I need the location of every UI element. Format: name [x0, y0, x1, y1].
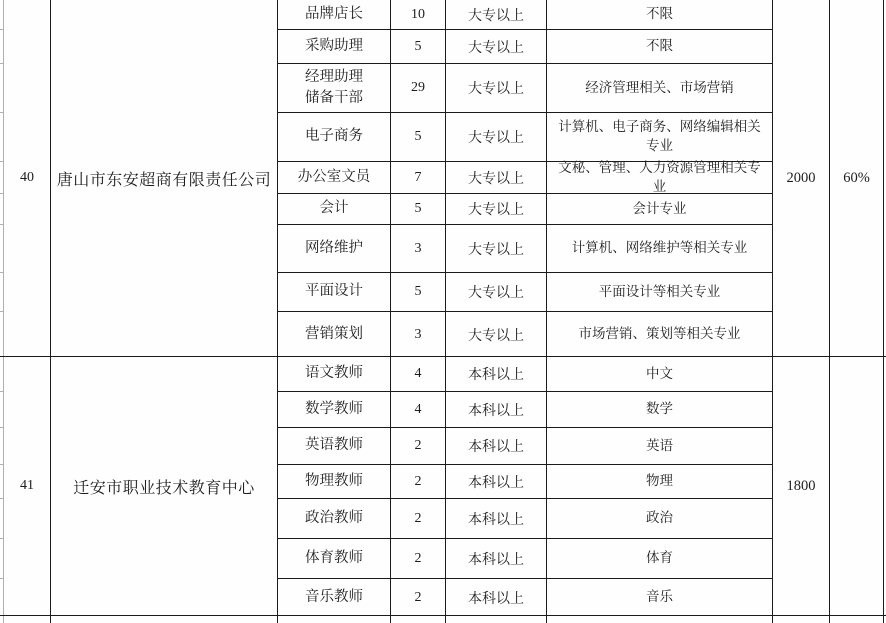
education-cell: 本科以上	[445, 357, 546, 391]
count-cell: 29	[390, 64, 445, 112]
table-row: 采购助理5大专以上不限	[277, 30, 772, 64]
salary-cell	[772, 616, 829, 623]
ratio-cell: 60%	[829, 0, 884, 356]
major-cell: 政治	[546, 499, 772, 538]
gridline-stub	[0, 427, 3, 428]
table-row: 平面设计5大专以上平面设计等相关专业	[277, 273, 772, 312]
major-cell: 文秘、管理、人力资源管理相关专业	[546, 162, 772, 193]
education-cell: 大专以上	[445, 30, 546, 63]
company-cell: 唐山市东安超商有限责任公司	[50, 0, 277, 356]
position-cell: 政治教师	[277, 499, 390, 538]
position-rows: 语文教师4本科以上中文数学教师4本科以上数学英语教师2本科以上英语物理教师2本科…	[277, 357, 772, 615]
table-row: 政治教师2本科以上政治	[277, 499, 772, 539]
count-cell	[390, 616, 445, 623]
table-row: 电子商务5大专以上计算机、电子商务、网络编辑相关专业	[277, 113, 772, 162]
gridline-stub	[0, 193, 3, 194]
education-cell: 大专以上	[445, 0, 546, 29]
gridline-sliver	[0, 0, 4, 356]
education-cell: 大专以上	[445, 194, 546, 224]
table-row: 品牌店长10大专以上不限	[277, 0, 772, 30]
gridline-stub	[0, 161, 3, 162]
major-cell	[546, 616, 772, 623]
major-cell: 会计专业	[546, 194, 772, 224]
row-number-cell: 41	[4, 357, 50, 615]
position-cell: 英语教师	[277, 428, 390, 464]
position-cell: 采购助理	[277, 30, 390, 63]
count-cell: 2	[390, 499, 445, 538]
table-row: 经理助理 储备干部29大专以上经济管理相关、市场营销	[277, 64, 772, 113]
education-cell: 本科以上	[445, 392, 546, 427]
table-row: 物理教师2本科以上物理	[277, 465, 772, 499]
table-row: 网络维护3大专以上计算机、网络维护等相关专业	[277, 225, 772, 273]
position-cell: 营销策划	[277, 312, 390, 357]
count-cell: 5	[390, 30, 445, 63]
position-cell: 平面设计	[277, 273, 390, 311]
table-section: 40唐山市东安超商有限责任公司品牌店长10大专以上不限采购助理5大专以上不限经理…	[0, 0, 886, 357]
ratio-cell	[829, 357, 884, 615]
table-section	[0, 616, 886, 623]
count-cell: 7	[390, 162, 445, 193]
gridline-stub	[0, 464, 3, 465]
gridline-stub	[0, 112, 3, 113]
salary-cell: 1800	[772, 357, 829, 615]
position-cell: 品牌店长	[277, 0, 390, 29]
count-cell: 5	[390, 194, 445, 224]
major-cell: 市场营销、策划等相关专业	[546, 312, 772, 357]
count-cell: 4	[390, 357, 445, 391]
position-cell: 电子商务	[277, 113, 390, 161]
table-row: 办公室文员7大专以上文秘、管理、人力资源管理相关专业	[277, 162, 772, 194]
count-cell: 2	[390, 539, 445, 578]
table-row: 数学教师4本科以上数学	[277, 392, 772, 428]
table-row: 英语教师2本科以上英语	[277, 428, 772, 465]
major-cell: 经济管理相关、市场营销	[546, 64, 772, 112]
table-row	[277, 616, 772, 623]
gridline-sliver	[0, 616, 4, 623]
row-number-cell	[4, 616, 50, 623]
position-cell: 会计	[277, 194, 390, 224]
position-cell: 物理教师	[277, 465, 390, 498]
major-cell: 音乐	[546, 579, 772, 616]
position-cell	[277, 616, 390, 623]
education-cell	[445, 616, 546, 623]
major-cell: 中文	[546, 357, 772, 391]
count-cell: 2	[390, 579, 445, 616]
major-cell: 数学	[546, 392, 772, 427]
education-cell: 本科以上	[445, 499, 546, 538]
position-rows: 品牌店长10大专以上不限采购助理5大专以上不限经理助理 储备干部29大专以上经济…	[277, 0, 772, 356]
position-cell: 音乐教师	[277, 579, 390, 616]
gridline-stub	[0, 498, 3, 499]
company-cell: 迁安市职业技术教育中心	[50, 357, 277, 615]
education-cell: 大专以上	[445, 225, 546, 272]
education-cell: 本科以上	[445, 428, 546, 464]
education-cell: 大专以上	[445, 64, 546, 112]
table-row: 营销策划3大专以上市场营销、策划等相关专业	[277, 312, 772, 357]
count-cell: 2	[390, 428, 445, 464]
major-cell: 体育	[546, 539, 772, 578]
position-cell: 网络维护	[277, 225, 390, 272]
recruitment-table-page: 40唐山市东安超商有限责任公司品牌店长10大专以上不限采购助理5大专以上不限经理…	[0, 0, 886, 623]
company-cell	[50, 616, 277, 623]
gridline-stub	[0, 311, 3, 312]
position-cell: 数学教师	[277, 392, 390, 427]
major-cell: 英语	[546, 428, 772, 464]
gridline-stub	[0, 272, 3, 273]
table-row: 音乐教师2本科以上音乐	[277, 579, 772, 616]
position-cell: 办公室文员	[277, 162, 390, 193]
position-cell: 体育教师	[277, 539, 390, 578]
major-cell: 不限	[546, 30, 772, 63]
gridline-stub	[0, 538, 3, 539]
count-cell: 2	[390, 465, 445, 498]
education-cell: 大专以上	[445, 312, 546, 357]
count-cell: 5	[390, 113, 445, 161]
table-row: 语文教师4本科以上中文	[277, 357, 772, 392]
ratio-cell	[829, 616, 884, 623]
major-cell: 计算机、电子商务、网络编辑相关专业	[546, 113, 772, 161]
recruitment-table: 40唐山市东安超商有限责任公司品牌店长10大专以上不限采购助理5大专以上不限经理…	[0, 0, 886, 623]
table-row: 体育教师2本科以上体育	[277, 539, 772, 579]
position-rows	[277, 616, 772, 623]
education-cell: 本科以上	[445, 465, 546, 498]
table-row: 会计5大专以上会计专业	[277, 194, 772, 225]
education-cell: 本科以上	[445, 539, 546, 578]
salary-cell: 2000	[772, 0, 829, 356]
count-cell: 10	[390, 0, 445, 29]
major-cell: 物理	[546, 465, 772, 498]
major-cell: 计算机、网络维护等相关专业	[546, 225, 772, 272]
position-cell: 语文教师	[277, 357, 390, 391]
count-cell: 3	[390, 312, 445, 357]
education-cell: 本科以上	[445, 579, 546, 616]
gridline-stub	[0, 578, 3, 579]
gridline-sliver	[0, 357, 4, 615]
major-cell: 不限	[546, 0, 772, 29]
count-cell: 4	[390, 392, 445, 427]
position-cell: 经理助理 储备干部	[277, 64, 390, 112]
gridline-stub	[0, 63, 3, 64]
education-cell: 大专以上	[445, 162, 546, 193]
count-cell: 5	[390, 273, 445, 311]
table-section: 41迁安市职业技术教育中心语文教师4本科以上中文数学教师4本科以上数学英语教师2…	[0, 357, 886, 616]
count-cell: 3	[390, 225, 445, 272]
major-cell: 平面设计等相关专业	[546, 273, 772, 311]
row-number-cell: 40	[4, 0, 50, 356]
gridline-stub	[0, 29, 3, 30]
gridline-stub	[0, 391, 3, 392]
education-cell: 大专以上	[445, 273, 546, 311]
gridline-stub	[0, 224, 3, 225]
education-cell: 大专以上	[445, 113, 546, 161]
